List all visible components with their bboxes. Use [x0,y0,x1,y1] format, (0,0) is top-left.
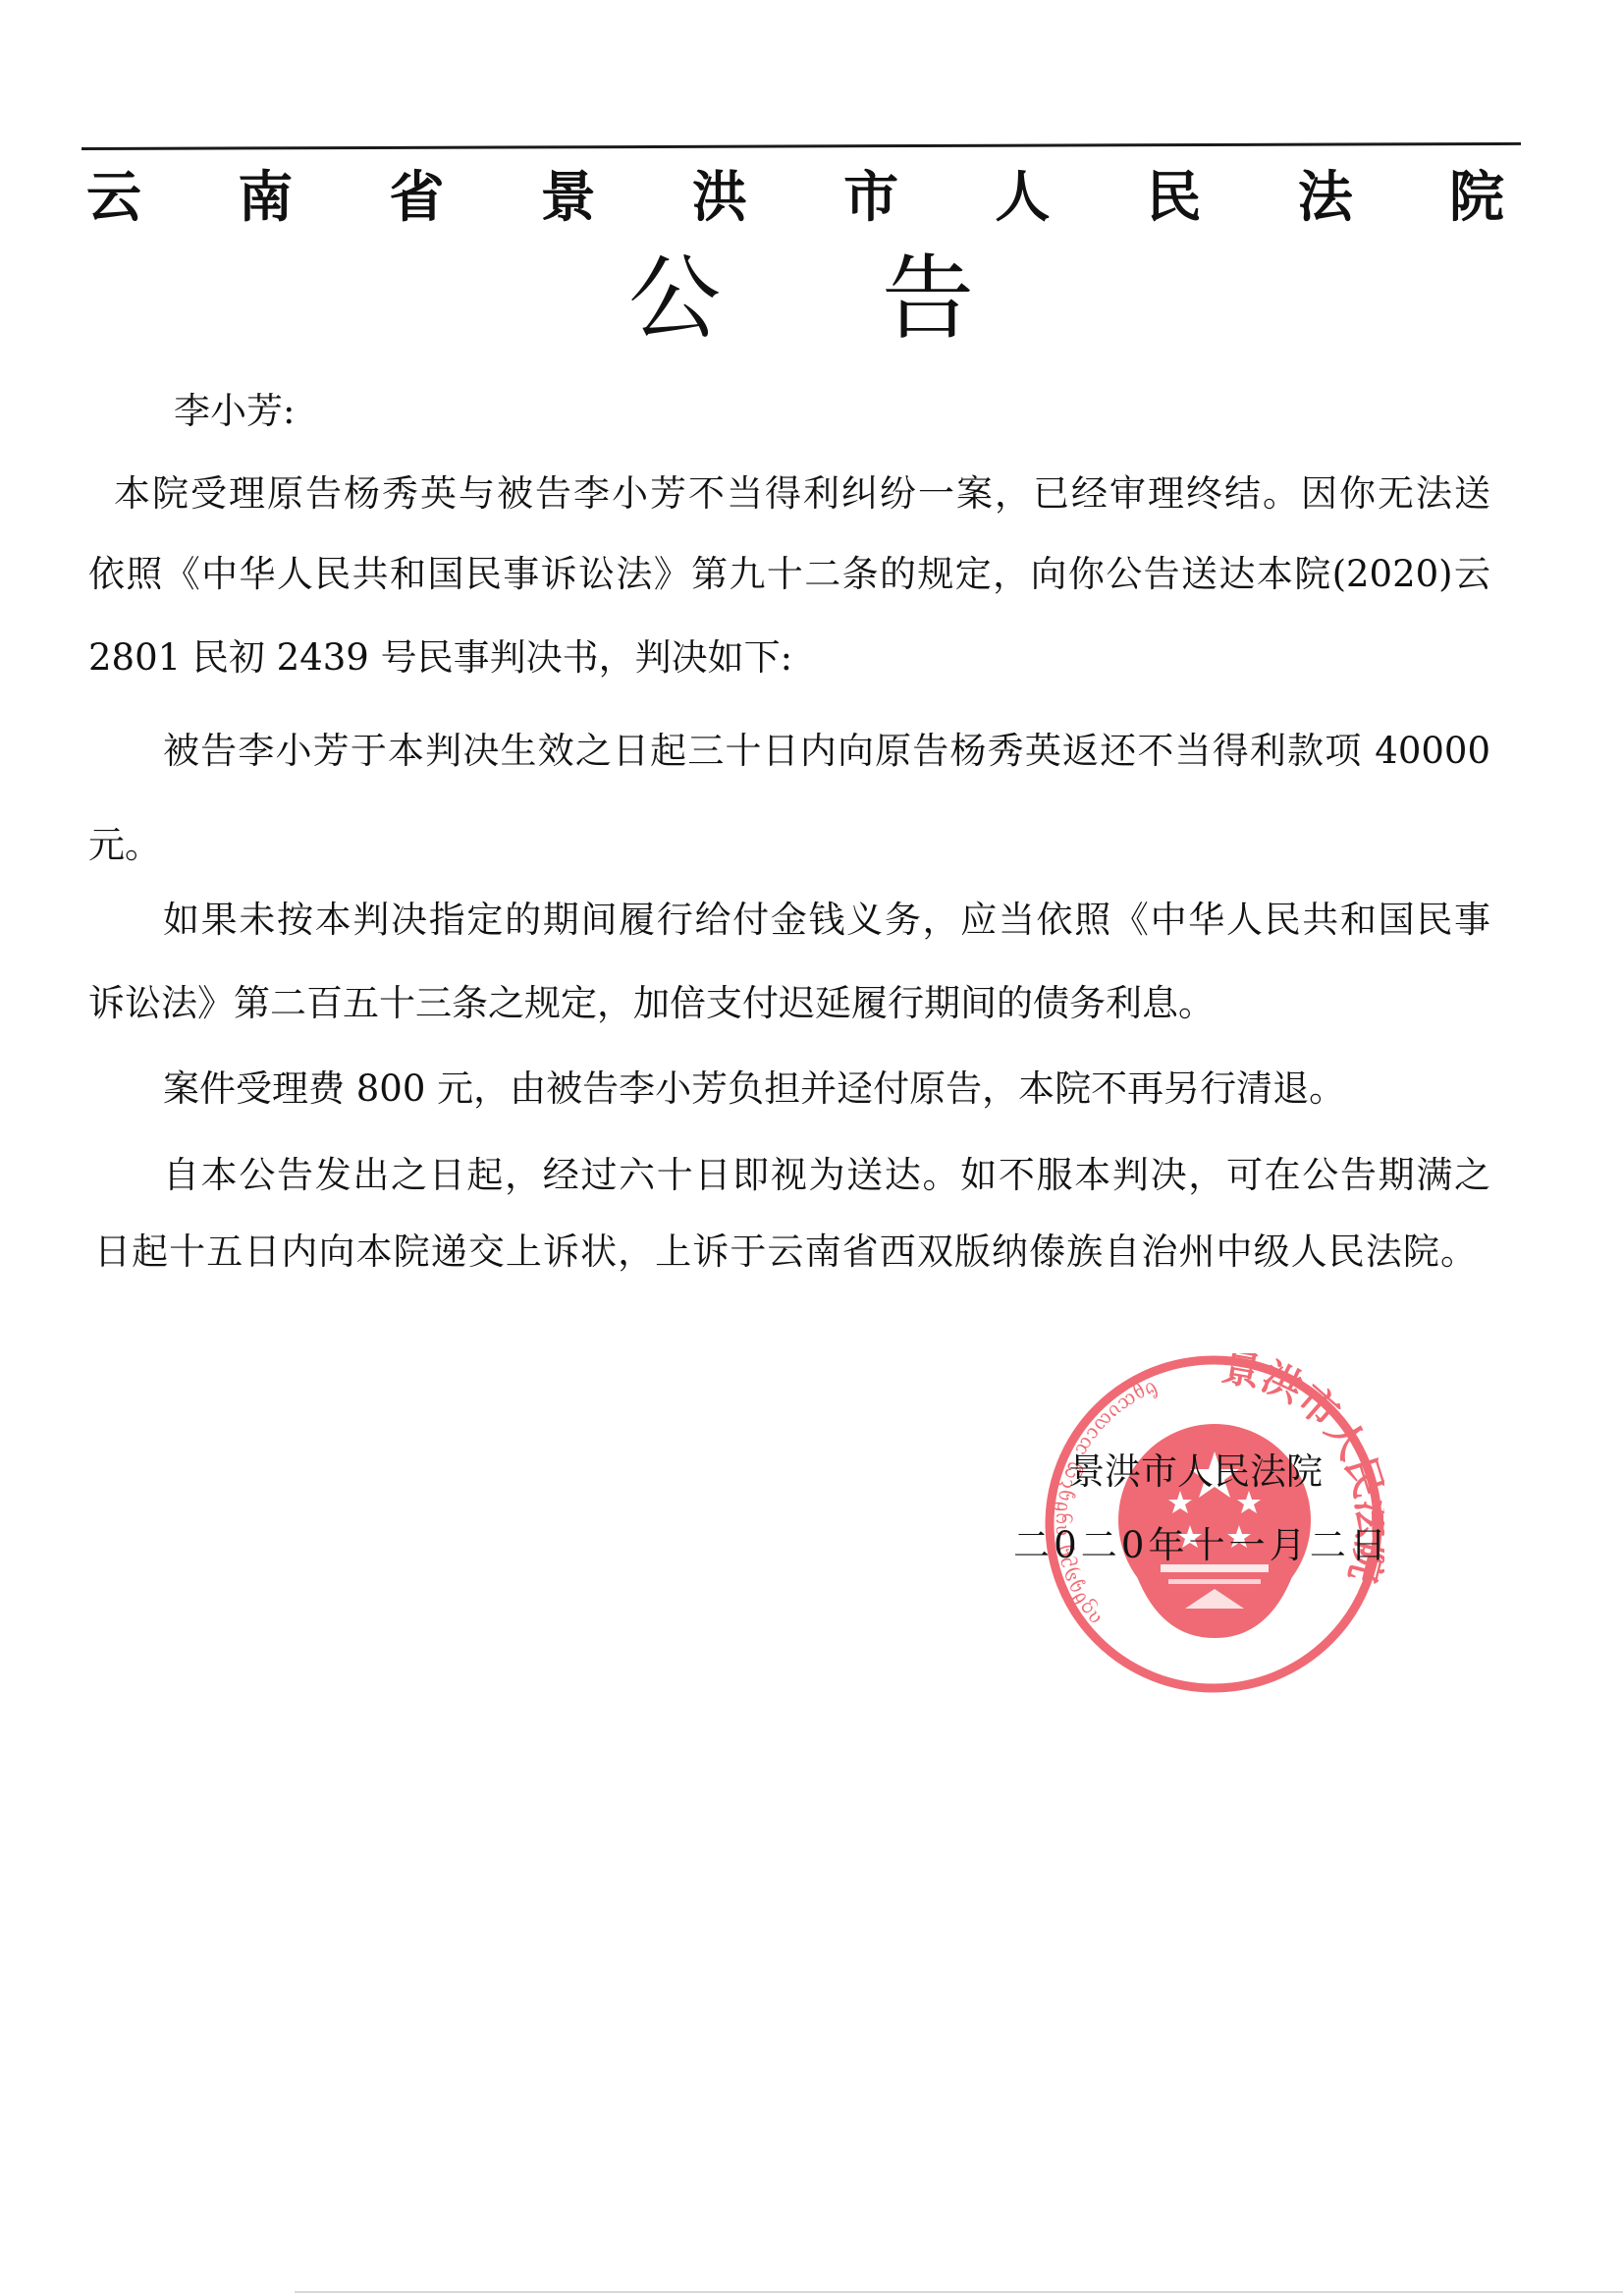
issuer-name: 景洪市人民法院 [1068,1450,1323,1494]
paragraph-4-line-1: 案件受理费 800 元，由被告李小芳负担并迳付原告，本院不再另行清退。 [163,1067,1345,1111]
paragraph-5-line-1: 自本公告发出之日起，经过六十日即视为送达。如不服本判决，可在公告期满之 [163,1154,1490,1197]
date-char: 一 [1229,1524,1266,1567]
paragraph-2-line-2: 元。 [88,824,161,867]
date-char: 0 [1054,1524,1077,1567]
paragraph-1-line-2: 依照《中华人民共和国民事诉讼法》第九十二条的规定，向你公告送达本院(2020)云 [88,553,1490,596]
title-char: 景 [541,166,596,229]
salutation: 李小芳: [174,390,295,433]
header-rule [81,142,1521,150]
date-char: 日 [1350,1524,1386,1567]
paragraph-2-line-1: 被告李小芳于本判决生效之日起三十日内向原告杨秀英返还不当得利款项 40000 [163,730,1490,773]
date-char: 0 [1121,1524,1145,1567]
scan-edge-line [295,2291,1623,2293]
title-char: 省 [389,166,444,229]
title-char: 人 [995,166,1050,229]
paragraph-1-line-1: 本院受理原告杨秀英与被告李小芳不当得利纠纷一案，已经审理终结。因你无法送达， [114,472,1490,516]
title-char: 洪 [692,166,747,229]
date-char: 月 [1270,1524,1306,1567]
title-char: 法 [1298,166,1353,229]
date-char: 二 [1013,1524,1050,1567]
paragraph-3-line-2: 诉讼法》第二百五十三条之规定，加倍支付迟延履行期间的债务利息。 [88,982,1215,1025]
paragraph-1-line-3: 2801 民初 2439 号民事判决书，判决如下: [88,636,792,680]
date-char: 十 [1189,1524,1225,1567]
document-type-title: 公 告 [628,246,974,354]
date-char: 二 [1310,1524,1346,1567]
title-char: 民 [1147,166,1202,229]
title-char: 云 [86,166,141,229]
paragraph-3-line-1: 如果未按本判决指定的期间履行给付金钱义务，应当依照《中华人民共和国民事 [163,899,1490,942]
date-char: 二 [1081,1524,1117,1567]
issue-date: 二 0 二 0 年 十 一 月 二 日 [1013,1524,1386,1567]
title-char: 市 [843,166,898,229]
subtitle-char: 告 [882,248,974,351]
title-char: 南 [238,166,293,229]
title-char: 院 [1449,166,1504,229]
paragraph-5-line-2: 日起十五日内向本院递交上诉状，上诉于云南省西双版纳傣族自治州中级人民法院。 [94,1230,1477,1274]
court-name-title: 云 南 省 景 洪 市 人 民 法 院 [86,163,1504,232]
date-char: 年 [1148,1524,1184,1567]
subtitle-char: 公 [628,248,721,351]
